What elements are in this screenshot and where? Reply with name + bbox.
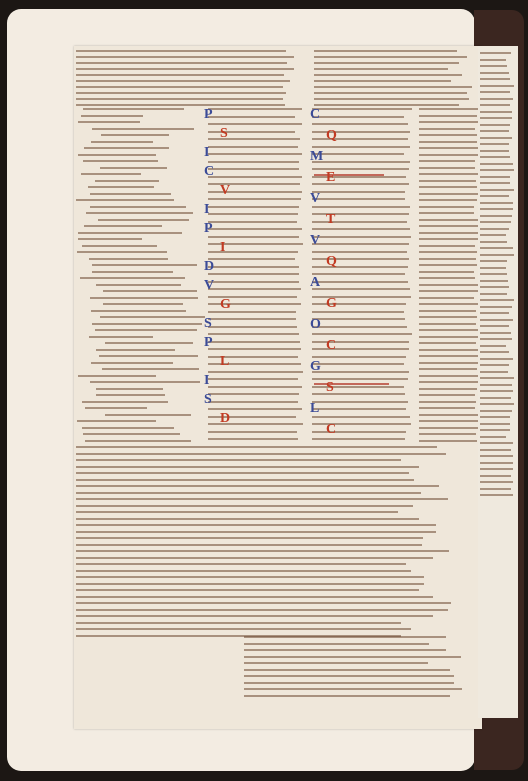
decorated-initial: D	[220, 412, 230, 426]
text-line	[103, 303, 184, 305]
text-line	[76, 557, 433, 559]
text-line	[419, 440, 477, 442]
text-line	[419, 303, 478, 305]
text-line	[76, 199, 174, 201]
text-line	[312, 191, 405, 193]
photo-background: PSICVIPIDVGSPLISDCQMEVTVQAGOCGSLC	[0, 0, 528, 781]
text-line	[208, 281, 299, 283]
text-line	[480, 189, 514, 191]
text-line	[208, 401, 298, 403]
text-line	[480, 215, 512, 217]
text-line	[208, 408, 302, 410]
text-line	[96, 388, 164, 390]
text-line	[208, 221, 297, 223]
text-line	[480, 468, 513, 470]
text-line	[76, 609, 448, 611]
text-line	[480, 397, 511, 399]
text-line	[480, 286, 509, 288]
text-line	[101, 134, 168, 136]
text-line	[419, 167, 475, 169]
text-line	[312, 401, 408, 403]
text-line	[244, 669, 450, 671]
text-line	[76, 544, 422, 546]
decorated-initial: V	[204, 279, 214, 293]
text-line	[312, 326, 407, 328]
text-line	[314, 104, 459, 106]
text-line	[419, 134, 477, 136]
text-line	[419, 141, 477, 143]
text-line	[480, 254, 514, 256]
text-line	[312, 198, 405, 200]
text-line	[76, 576, 424, 578]
text-line	[419, 115, 477, 117]
text-line	[312, 333, 412, 335]
text-line	[99, 355, 198, 357]
text-line	[480, 176, 510, 178]
text-line	[312, 281, 408, 283]
text-line	[208, 108, 302, 110]
text-line	[102, 368, 198, 370]
text-line	[90, 193, 171, 195]
text-line	[480, 488, 511, 490]
text-line	[76, 550, 449, 552]
text-line	[208, 318, 296, 320]
text-line	[208, 333, 299, 335]
text-line	[312, 108, 412, 110]
decorated-initial: L	[310, 402, 319, 416]
text-line	[419, 219, 480, 221]
text-line	[312, 243, 409, 245]
text-line	[76, 466, 419, 468]
text-line	[244, 656, 461, 658]
text-line	[76, 446, 437, 448]
text-line	[76, 92, 286, 94]
text-line	[480, 442, 513, 444]
text-line	[76, 80, 290, 82]
text-line	[419, 433, 476, 435]
text-line	[480, 247, 513, 249]
text-line	[419, 407, 475, 409]
text-line	[312, 146, 410, 148]
text-line	[208, 258, 295, 260]
text-line	[480, 312, 509, 314]
decorated-initial: G	[220, 298, 231, 312]
text-line	[419, 297, 474, 299]
text-line	[419, 271, 474, 273]
text-line	[480, 358, 513, 360]
text-line	[419, 349, 479, 351]
text-line	[76, 583, 424, 585]
text-line	[208, 198, 301, 200]
text-line	[419, 147, 481, 149]
text-line	[419, 251, 477, 253]
text-line	[312, 161, 410, 163]
text-line	[208, 431, 297, 433]
decorated-initial: Q	[326, 255, 337, 269]
text-line	[480, 371, 508, 373]
decorated-initial: A	[310, 276, 320, 290]
text-line	[480, 234, 506, 236]
text-line	[419, 329, 480, 331]
text-line	[208, 161, 299, 163]
text-line	[80, 277, 185, 279]
text-line	[419, 173, 478, 175]
text-line	[419, 375, 482, 377]
decorated-initial: C	[326, 423, 336, 437]
text-line	[419, 336, 478, 338]
text-line	[76, 479, 414, 481]
text-line	[480, 104, 510, 106]
text-line	[312, 356, 406, 358]
text-line	[208, 273, 299, 275]
text-line	[480, 410, 512, 412]
text-line	[419, 225, 478, 227]
text-line	[76, 485, 439, 487]
text-line	[480, 182, 510, 184]
text-line	[480, 325, 509, 327]
text-line	[480, 202, 513, 204]
text-line	[208, 168, 299, 170]
text-line	[480, 403, 514, 405]
text-line	[419, 160, 475, 162]
text-line	[480, 384, 512, 386]
text-line	[312, 438, 405, 440]
text-line	[82, 245, 157, 247]
text-line	[312, 153, 404, 155]
text-line	[208, 288, 301, 290]
text-line	[419, 108, 479, 110]
text-line	[85, 407, 146, 409]
text-line	[96, 349, 176, 351]
text-line	[312, 371, 409, 373]
text-line	[419, 264, 477, 266]
text-line	[419, 362, 482, 364]
text-line	[84, 225, 162, 227]
text-line	[208, 326, 297, 328]
text-line	[480, 150, 509, 152]
text-line	[419, 154, 479, 156]
text-line	[96, 284, 181, 286]
decorated-initial: C	[326, 339, 336, 353]
text-line	[480, 364, 509, 366]
text-line	[312, 251, 407, 253]
text-line	[312, 236, 411, 238]
text-line	[312, 228, 410, 230]
text-line	[480, 169, 514, 171]
decorated-initial: V	[310, 234, 320, 248]
text-line	[480, 111, 512, 113]
text-line	[76, 505, 413, 507]
text-line	[419, 206, 474, 208]
text-line	[105, 414, 191, 416]
text-line	[419, 284, 480, 286]
text-line	[208, 371, 303, 373]
text-line	[78, 154, 156, 156]
decorated-initial: V	[310, 192, 320, 206]
text-line	[76, 537, 423, 539]
text-line	[480, 117, 512, 119]
text-line	[480, 481, 513, 483]
text-line	[480, 377, 514, 379]
text-line	[419, 258, 476, 260]
text-line	[314, 92, 467, 94]
text-line	[480, 280, 508, 282]
text-line	[76, 589, 419, 591]
text-line	[314, 80, 451, 82]
decorated-initial: L	[220, 355, 229, 369]
text-line	[78, 121, 139, 123]
text-line	[419, 355, 481, 357]
decorated-initial: G	[310, 360, 321, 374]
text-line	[480, 319, 513, 321]
text-line	[480, 124, 510, 126]
text-line	[419, 121, 481, 123]
text-line	[208, 228, 302, 230]
text-line	[312, 363, 404, 365]
text-line	[76, 518, 419, 520]
text-line	[480, 293, 507, 295]
text-line	[419, 342, 476, 344]
text-line	[208, 146, 298, 148]
text-line	[480, 228, 509, 230]
text-line	[419, 128, 475, 130]
text-line	[76, 596, 433, 598]
text-line	[480, 195, 509, 197]
text-line	[77, 420, 156, 422]
text-line	[76, 602, 451, 604]
text-line	[419, 414, 480, 416]
text-line	[244, 695, 450, 697]
text-line	[419, 394, 475, 396]
text-line	[83, 108, 185, 110]
decorated-initial: S	[220, 127, 228, 141]
text-line	[312, 116, 404, 118]
decorated-initial: D	[204, 260, 214, 274]
text-line	[419, 316, 477, 318]
text-line	[92, 264, 197, 266]
text-line	[76, 98, 283, 100]
text-line	[76, 511, 398, 513]
text-line	[91, 310, 186, 312]
text-line	[480, 494, 513, 496]
text-line	[90, 297, 198, 299]
text-line	[314, 98, 469, 100]
text-line	[419, 238, 481, 240]
text-line	[92, 128, 194, 130]
text-line	[480, 85, 514, 87]
text-line	[208, 386, 302, 388]
text-line	[480, 221, 511, 223]
decorated-initial: S	[204, 317, 212, 331]
text-line	[419, 401, 476, 403]
decorated-initial: E	[326, 171, 335, 185]
text-line	[244, 675, 454, 677]
text-line	[312, 123, 408, 125]
decorated-initial: M	[310, 150, 323, 164]
decorated-initial: Q	[326, 129, 337, 143]
text-line	[419, 180, 476, 182]
text-line	[312, 318, 405, 320]
text-line	[419, 212, 474, 214]
text-line	[208, 348, 301, 350]
text-line	[76, 563, 406, 565]
text-line	[76, 459, 401, 461]
text-line	[480, 345, 506, 347]
text-line	[419, 381, 480, 383]
text-line	[78, 238, 141, 240]
text-line	[76, 524, 436, 526]
text-line	[480, 449, 511, 451]
text-line	[208, 236, 299, 238]
text-line	[480, 156, 510, 158]
text-line	[419, 193, 478, 195]
text-line	[82, 401, 168, 403]
decorated-initial: P	[204, 222, 213, 236]
text-line	[84, 147, 168, 149]
text-line	[419, 388, 477, 390]
text-line	[76, 498, 448, 500]
decorated-initial: P	[204, 336, 213, 350]
text-line	[76, 531, 436, 533]
text-line	[314, 86, 472, 88]
decorated-initial: C	[310, 108, 320, 122]
text-line	[76, 453, 446, 455]
text-line	[76, 615, 433, 617]
text-line	[419, 427, 482, 429]
text-line	[480, 475, 511, 477]
text-line	[480, 163, 513, 165]
text-line	[312, 288, 410, 290]
decorated-initial: I	[220, 241, 225, 255]
text-line	[480, 462, 513, 464]
text-line	[208, 123, 302, 125]
text-line	[208, 213, 298, 215]
text-line	[81, 115, 143, 117]
text-line	[480, 267, 506, 269]
text-line	[98, 219, 190, 221]
text-line	[91, 141, 154, 143]
text-line	[480, 455, 513, 457]
text-line	[83, 433, 180, 435]
decorated-initial: I	[204, 203, 209, 217]
text-line	[95, 180, 159, 182]
text-line	[89, 258, 168, 260]
text-line	[76, 74, 284, 76]
text-line	[244, 649, 446, 651]
text-line	[480, 98, 513, 100]
text-line	[208, 378, 298, 380]
text-line	[76, 628, 411, 630]
text-line	[244, 643, 429, 645]
text-line	[78, 375, 156, 377]
text-line	[76, 622, 401, 624]
text-line	[76, 492, 421, 494]
text-line	[312, 408, 406, 410]
text-line	[312, 273, 405, 275]
text-line	[480, 351, 509, 353]
text-line	[419, 277, 475, 279]
text-line	[82, 427, 175, 429]
text-line	[89, 336, 153, 338]
text-line	[480, 332, 511, 334]
text-line	[77, 251, 167, 253]
text-line	[83, 160, 158, 162]
text-line	[314, 174, 384, 176]
text-line	[103, 290, 197, 292]
text-line	[244, 688, 462, 690]
text-line	[100, 167, 167, 169]
text-line	[480, 416, 510, 418]
text-line	[76, 104, 285, 106]
text-line	[208, 393, 299, 395]
text-line	[105, 342, 193, 344]
text-line	[90, 381, 200, 383]
decorated-initial: O	[310, 318, 321, 332]
text-line	[312, 416, 410, 418]
text-line	[208, 176, 302, 178]
text-line	[208, 206, 299, 208]
decorated-initial: G	[326, 297, 337, 311]
text-line	[208, 341, 300, 343]
text-line	[480, 390, 513, 392]
decorated-initial: V	[220, 184, 230, 198]
text-line	[419, 245, 475, 247]
text-line	[419, 232, 478, 234]
folded-flap	[478, 46, 518, 718]
text-line	[480, 260, 507, 262]
text-line	[419, 323, 476, 325]
text-line	[85, 440, 190, 442]
text-line	[92, 323, 201, 325]
text-line	[208, 153, 302, 155]
decorated-initial: T	[326, 213, 335, 227]
text-line	[480, 423, 510, 425]
text-line	[480, 130, 509, 132]
text-line	[480, 208, 513, 210]
text-line	[100, 316, 206, 318]
decorated-initial: S	[204, 393, 212, 407]
decorated-initial: P	[204, 108, 213, 122]
text-line	[419, 310, 476, 312]
text-line	[208, 266, 299, 268]
text-line	[95, 329, 196, 331]
text-line	[90, 206, 187, 208]
text-line	[78, 232, 182, 234]
text-line	[208, 116, 295, 118]
text-line	[314, 74, 462, 76]
text-line	[480, 429, 510, 431]
text-line	[91, 362, 173, 364]
text-line	[480, 241, 507, 243]
text-line	[480, 338, 512, 340]
text-line	[480, 143, 509, 145]
text-line	[76, 570, 411, 572]
text-line	[208, 438, 298, 440]
text-line	[88, 186, 153, 188]
text-line	[76, 472, 409, 474]
text-line	[480, 299, 514, 301]
text-line	[480, 273, 507, 275]
text-line	[419, 290, 481, 292]
text-line	[244, 662, 428, 664]
decorated-initial: S	[326, 381, 334, 395]
text-line	[480, 78, 510, 80]
text-line	[96, 394, 164, 396]
text-line	[244, 636, 446, 638]
text-line	[480, 137, 512, 139]
text-line	[86, 212, 193, 214]
decorated-initial: I	[204, 374, 209, 388]
